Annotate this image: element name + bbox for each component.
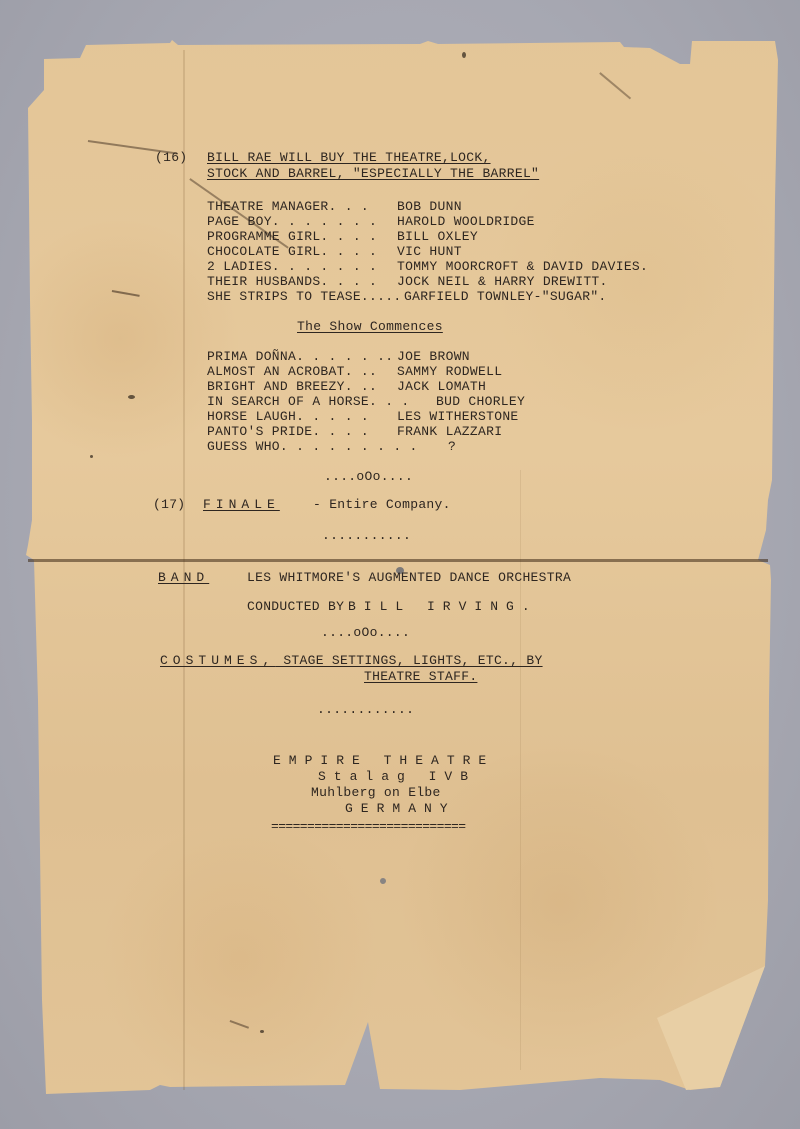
act-name: ALMOST AN ACROBAT. .. [207, 364, 377, 379]
act-performer: ? [448, 439, 456, 454]
credits-rest: STAGE SETTINGS, LIGHTS, ETC., BY [275, 653, 542, 668]
band-name: LES WHITMORE'S AUGMENTED DANCE ORCHESTRA [247, 570, 571, 585]
cast-actor: VIC HUNT [397, 244, 462, 259]
finale-description: - Entire Company. [313, 497, 451, 512]
programme-text: (16) BILL RAE WILL BUY THE THEATRE,LOCK,… [0, 0, 800, 1129]
cast-role: THEIR HUSBANDS. . . . [207, 274, 377, 289]
sketch-title-line2: STOCK AND BARREL, "ESPECIALLY THE BARREL… [207, 166, 539, 181]
venue-country: GERMANY [345, 801, 456, 816]
cast-actor: BOB DUNN [397, 199, 462, 214]
credits-costumes: COSTUMES, [160, 653, 275, 668]
act-performer: FRANK LAZZARI [397, 424, 502, 439]
conductor-name: BILL IRVING. [348, 599, 538, 614]
item-number: (17) [153, 497, 185, 512]
sketch-title-line1: BILL RAE WILL BUY THE THEATRE,LOCK, [207, 150, 491, 165]
act-name: GUESS WHO. . . . . . . . . [207, 439, 426, 454]
separator-ooo: ....oOo.... [324, 469, 413, 484]
cast-actor: HAROLD WOOLDRIDGE [397, 214, 535, 229]
cast-role: SHE STRIPS TO TEASE..... [207, 289, 401, 304]
venue-camp: Stalag IVB [318, 769, 476, 784]
cast-actor: JOCK NEIL & HARRY DREWITT. [397, 274, 608, 289]
act-name: PANTO'S PRIDE. . . . [207, 424, 377, 439]
cast-actor: BILL OXLEY [397, 229, 478, 244]
act-name: PRIMA DOÑNA. . . . . .. [207, 349, 393, 364]
separator-dots: ........... [322, 528, 411, 543]
cast-role: THEATRE MANAGER. . . [207, 199, 377, 214]
act-name: HORSE LAUGH. . . . . [207, 409, 377, 424]
finale-title: FINALE [203, 497, 280, 512]
venue-rule: =========================== [271, 819, 465, 834]
band-label: BAND [158, 570, 209, 585]
credits-line2: THEATRE STAFF. [364, 669, 477, 684]
act-performer: BUD CHORLEY [436, 394, 525, 409]
act-performer: JOE BROWN [397, 349, 470, 364]
cast-role: CHOCOLATE GIRL. . . . [207, 244, 377, 259]
cast-role: PAGE BOY. . . . . . . [207, 214, 377, 229]
cast-role: 2 LADIES. . . . . . . [207, 259, 377, 274]
act-performer: SAMMY RODWELL [397, 364, 502, 379]
cast-actor: GARFIELD TOWNLEY-"SUGAR". [404, 289, 607, 304]
act-performer: LES WITHERSTONE [397, 409, 519, 424]
separator-dots: ............ [317, 702, 414, 717]
credits-line1: COSTUMES, STAGE SETTINGS, LIGHTS, ETC., … [160, 653, 543, 668]
conducted-by: CONDUCTED BY [247, 599, 344, 614]
cast-role: PROGRAMME GIRL. . . . [207, 229, 377, 244]
cast-actor: TOMMY MOORCROFT & DAVID DAVIES. [397, 259, 648, 274]
item-number: (16) [155, 150, 187, 165]
venue-town: Muhlberg on Elbe [311, 785, 441, 800]
act-name: BRIGHT AND BREEZY. .. [207, 379, 377, 394]
section-heading: The Show Commences [297, 319, 443, 334]
act-performer: JACK LOMATH [397, 379, 486, 394]
venue-name: EMPIRE THEATRE [273, 753, 494, 768]
act-name: IN SEARCH OF A HORSE. . . [207, 394, 410, 409]
separator-ooo: ....oOo.... [321, 625, 410, 640]
